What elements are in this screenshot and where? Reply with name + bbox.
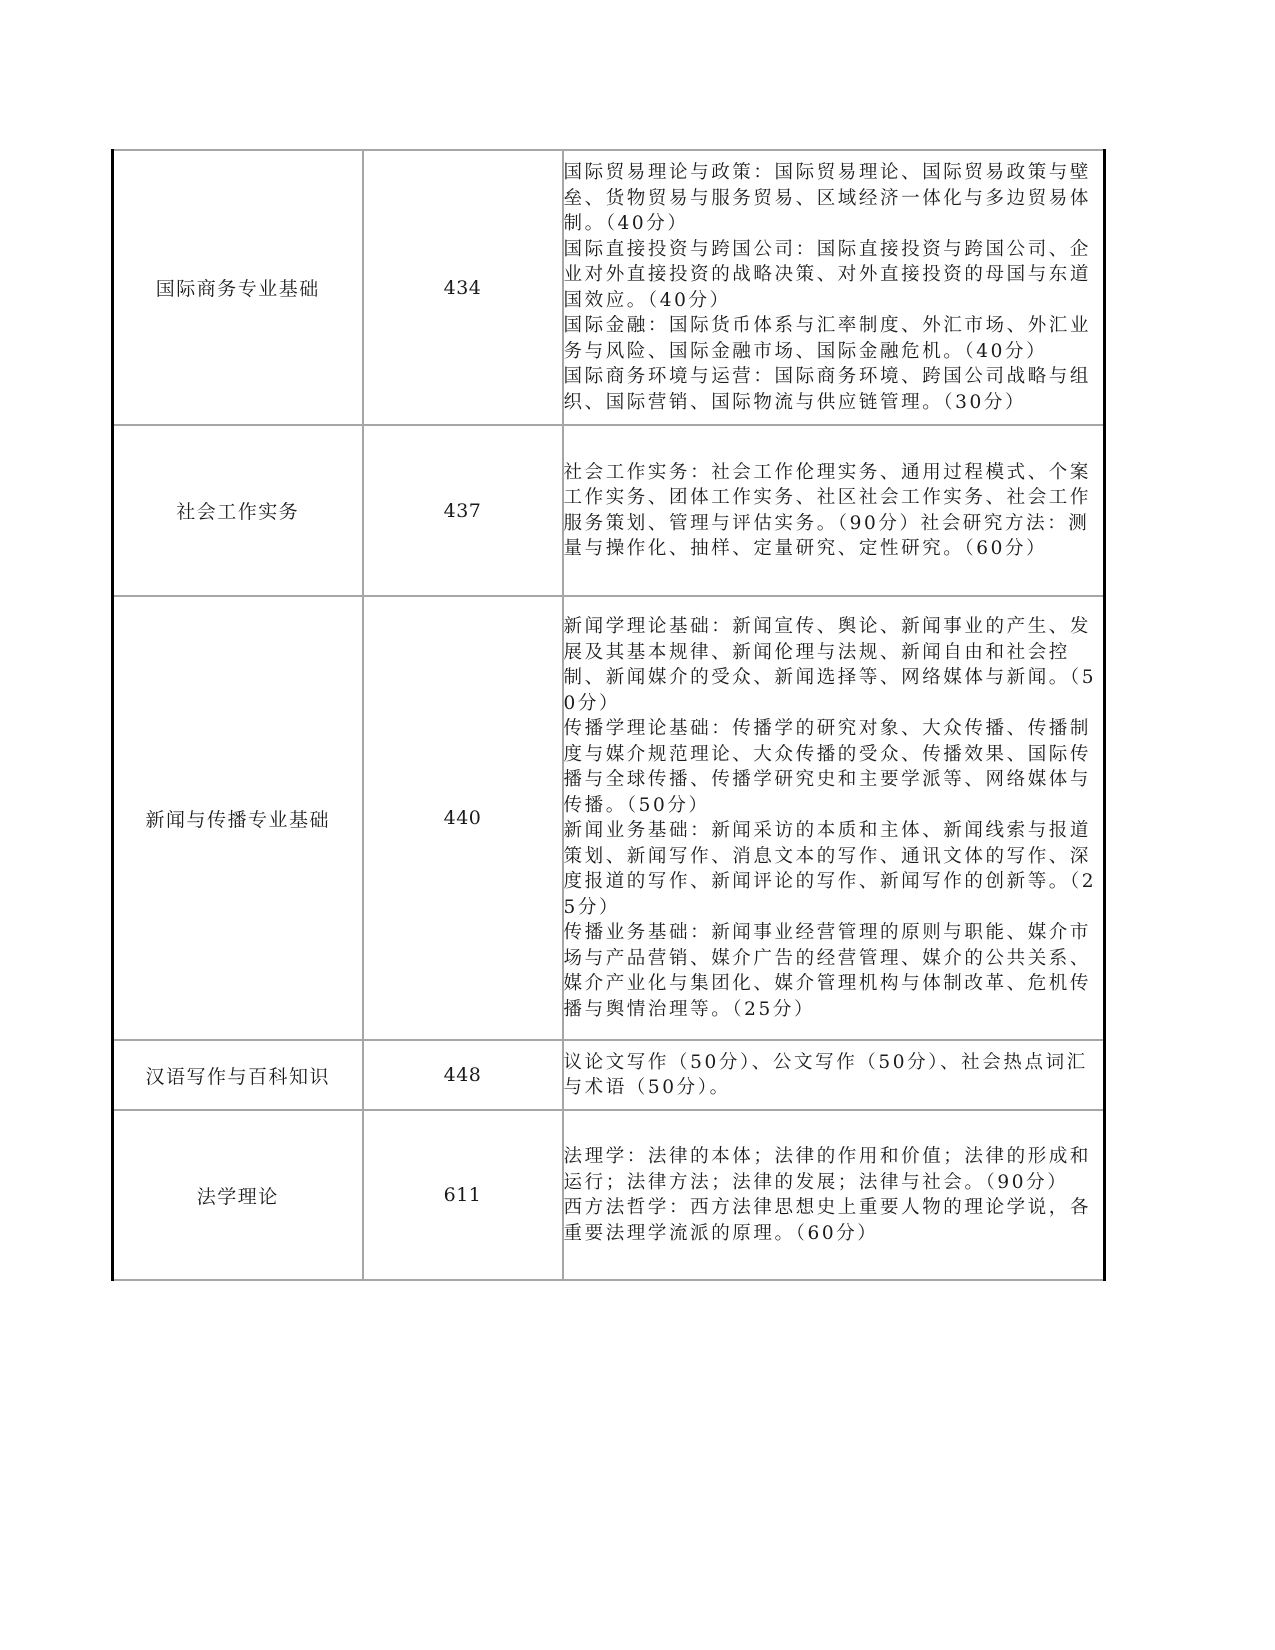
table-row: 法学理论 611 法理学：法律的本体；法律的作用和价值；法律的形成和运行；法律方… [113, 1110, 1105, 1280]
subject-code-cell: 440 [363, 596, 563, 1040]
content-paragraph: 新闻学理论基础：新闻宣传、舆论、新闻事业的产生、发展及其基本规律、新闻伦理与法规… [564, 614, 1104, 716]
table-row: 社会工作实务 437 社会工作实务：社会工作伦理实务、通用过程模式、个案工作实务… [113, 425, 1105, 596]
table-row: 汉语写作与百科知识 448 议论文写作（50分）、公文写作（50分）、社会热点词… [113, 1040, 1105, 1110]
subject-code-cell: 434 [363, 150, 563, 425]
content-paragraph: 国际直接投资与跨国公司：国际直接投资与跨国公司、企业对外直接投资的战略决策、对外… [564, 237, 1104, 314]
subject-name-cell: 法学理论 [113, 1110, 363, 1280]
subject-code-cell: 448 [363, 1040, 563, 1110]
content-paragraph: 议论文写作（50分）、公文写作（50分）、社会热点词汇与术语（50分）。 [564, 1050, 1104, 1101]
exam-content-cell: 社会工作实务：社会工作伦理实务、通用过程模式、个案工作实务、团体工作实务、社区社… [563, 425, 1105, 596]
subject-name-cell: 社会工作实务 [113, 425, 363, 596]
table-row: 新闻与传播专业基础 440 新闻学理论基础：新闻宣传、舆论、新闻事业的产生、发展… [113, 596, 1105, 1040]
exam-content-cell: 议论文写作（50分）、公文写作（50分）、社会热点词汇与术语（50分）。 [563, 1040, 1105, 1110]
subject-name-cell: 国际商务专业基础 [113, 150, 363, 425]
exam-syllabus-table: 国际商务专业基础 434 国际贸易理论与政策：国际贸易理论、国际贸易政策与壁垒、… [111, 149, 1106, 1281]
content-paragraph: 传播学理论基础：传播学的研究对象、大众传播、传播制度与媒介规范理论、大众传播的受… [564, 716, 1104, 818]
content-paragraph: 国际贸易理论与政策：国际贸易理论、国际贸易政策与壁垒、货物贸易与服务贸易、区域经… [564, 160, 1104, 237]
content-paragraph: 法理学：法律的本体；法律的作用和价值；法律的形成和运行；法律方法；法律的发展；法… [564, 1144, 1104, 1195]
subject-name-cell: 新闻与传播专业基础 [113, 596, 363, 1040]
content-paragraph: 西方法哲学：西方法律思想史上重要人物的理论学说，各重要法理学流派的原理。（60分… [564, 1195, 1104, 1246]
subject-code-cell: 437 [363, 425, 563, 596]
exam-content-cell: 国际贸易理论与政策：国际贸易理论、国际贸易政策与壁垒、货物贸易与服务贸易、区域经… [563, 150, 1105, 425]
subject-name-cell: 汉语写作与百科知识 [113, 1040, 363, 1110]
content-paragraph: 新闻业务基础：新闻采访的本质和主体、新闻线索与报道策划、新闻写作、消息文本的写作… [564, 818, 1104, 920]
content-paragraph: 国际金融：国际货币体系与汇率制度、外汇市场、外汇业务与风险、国际金融市场、国际金… [564, 313, 1104, 364]
document-page: 国际商务专业基础 434 国际贸易理论与政策：国际贸易理论、国际贸易政策与壁垒、… [0, 0, 1275, 1650]
table-row: 国际商务专业基础 434 国际贸易理论与政策：国际贸易理论、国际贸易政策与壁垒、… [113, 150, 1105, 425]
content-paragraph: 社会工作实务：社会工作伦理实务、通用过程模式、个案工作实务、团体工作实务、社区社… [564, 460, 1104, 562]
exam-content-cell: 法理学：法律的本体；法律的作用和价值；法律的形成和运行；法律方法；法律的发展；法… [563, 1110, 1105, 1280]
content-paragraph: 传播业务基础：新闻事业经营管理的原则与职能、媒介市场与产品营销、媒介广告的经营管… [564, 920, 1104, 1022]
exam-content-cell: 新闻学理论基础：新闻宣传、舆论、新闻事业的产生、发展及其基本规律、新闻伦理与法规… [563, 596, 1105, 1040]
content-paragraph: 国际商务环境与运营：国际商务环境、跨国公司战略与组织、国际营销、国际物流与供应链… [564, 364, 1104, 415]
subject-code-cell: 611 [363, 1110, 563, 1280]
